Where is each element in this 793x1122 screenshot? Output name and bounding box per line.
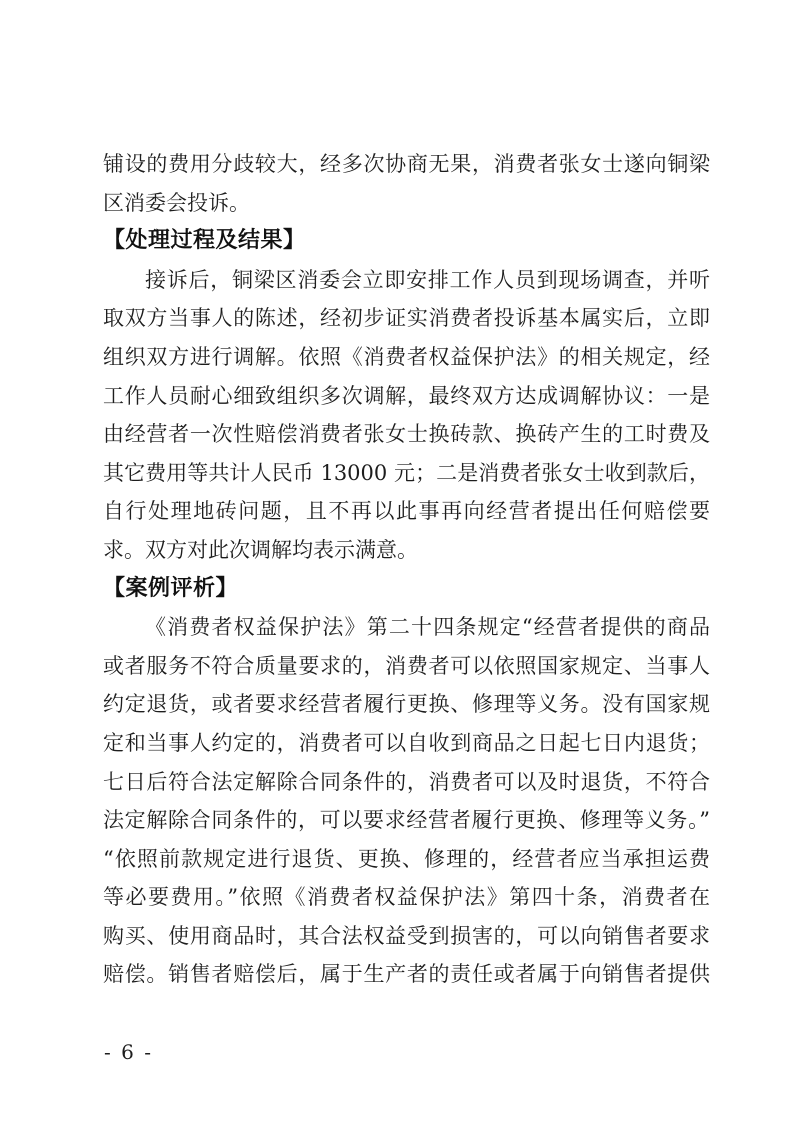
body-line: 约定退货，或者要求经营者履行更换、修理等义务。没有国家规 bbox=[103, 685, 710, 724]
body-line: 等必要费用。”依照《消费者权益保护法》第四十条，消费者在 bbox=[103, 878, 710, 917]
body-line: “依照前款规定进行退货、更换、修理的，经营者应当承担运费 bbox=[103, 840, 710, 879]
body-line: 接诉后，铜梁区消委会立即安排工作人员到现场调查，并听 bbox=[103, 261, 710, 300]
body-line: 法定解除合同条件的，可以要求经营者履行更换、修理等义务。” bbox=[103, 801, 710, 840]
body-line: 自行处理地砖问题，且不再以此事再向经营者提出任何赔偿要 bbox=[103, 492, 710, 531]
body-line: 组织双方进行调解。依照《消费者权益保护法》的相关规定，经 bbox=[103, 338, 710, 377]
section-heading-case-analysis: 【案例评析】 bbox=[103, 570, 710, 609]
body-line: 赔偿。销售者赔偿后，属于生产者的责任或者属于向销售者提供 bbox=[103, 955, 710, 994]
body-line: 由经营者一次性赔偿消费者张女士换砖款、换砖产生的工时费及 bbox=[103, 415, 710, 454]
body-line: 定和当事人约定的，消费者可以自收到商品之日起七日内退货； bbox=[103, 724, 710, 763]
body-line: 购买、使用商品时，其合法权益受到损害的，可以向销售者要求 bbox=[103, 917, 710, 956]
section-heading-process-result: 【处理过程及结果】 bbox=[103, 222, 710, 261]
body-line: 区消委会投诉。 bbox=[103, 184, 710, 223]
body-line: 《消费者权益保护法》第二十四条规定“经营者提供的商品 bbox=[103, 608, 710, 647]
document-page: 铺设的费用分歧较大，经多次协商无果，消费者张女士遂向铜梁 区消委会投诉。 【处理… bbox=[0, 0, 793, 1122]
body-line: 工作人员耐心细致组织多次调解，最终双方达成调解协议：一是 bbox=[103, 377, 710, 416]
document-body: 铺设的费用分歧较大，经多次协商无果，消费者张女士遂向铜梁 区消委会投诉。 【处理… bbox=[103, 145, 710, 994]
body-line: 取双方当事人的陈述，经初步证实消费者投诉基本属实后，立即 bbox=[103, 299, 710, 338]
page-number: - 6 - bbox=[104, 1040, 153, 1064]
body-line: 铺设的费用分歧较大，经多次协商无果，消费者张女士遂向铜梁 bbox=[103, 145, 710, 184]
body-line: 七日后符合法定解除合同条件的，消费者可以及时退货，不符合 bbox=[103, 763, 710, 802]
body-line: 或者服务不符合质量要求的，消费者可以依照国家规定、当事人 bbox=[103, 647, 710, 686]
body-line: 求。双方对此次调解均表示满意。 bbox=[103, 531, 710, 570]
body-line: 其它费用等共计人民币 13000 元；二是消费者张女士收到款后， bbox=[103, 454, 710, 493]
